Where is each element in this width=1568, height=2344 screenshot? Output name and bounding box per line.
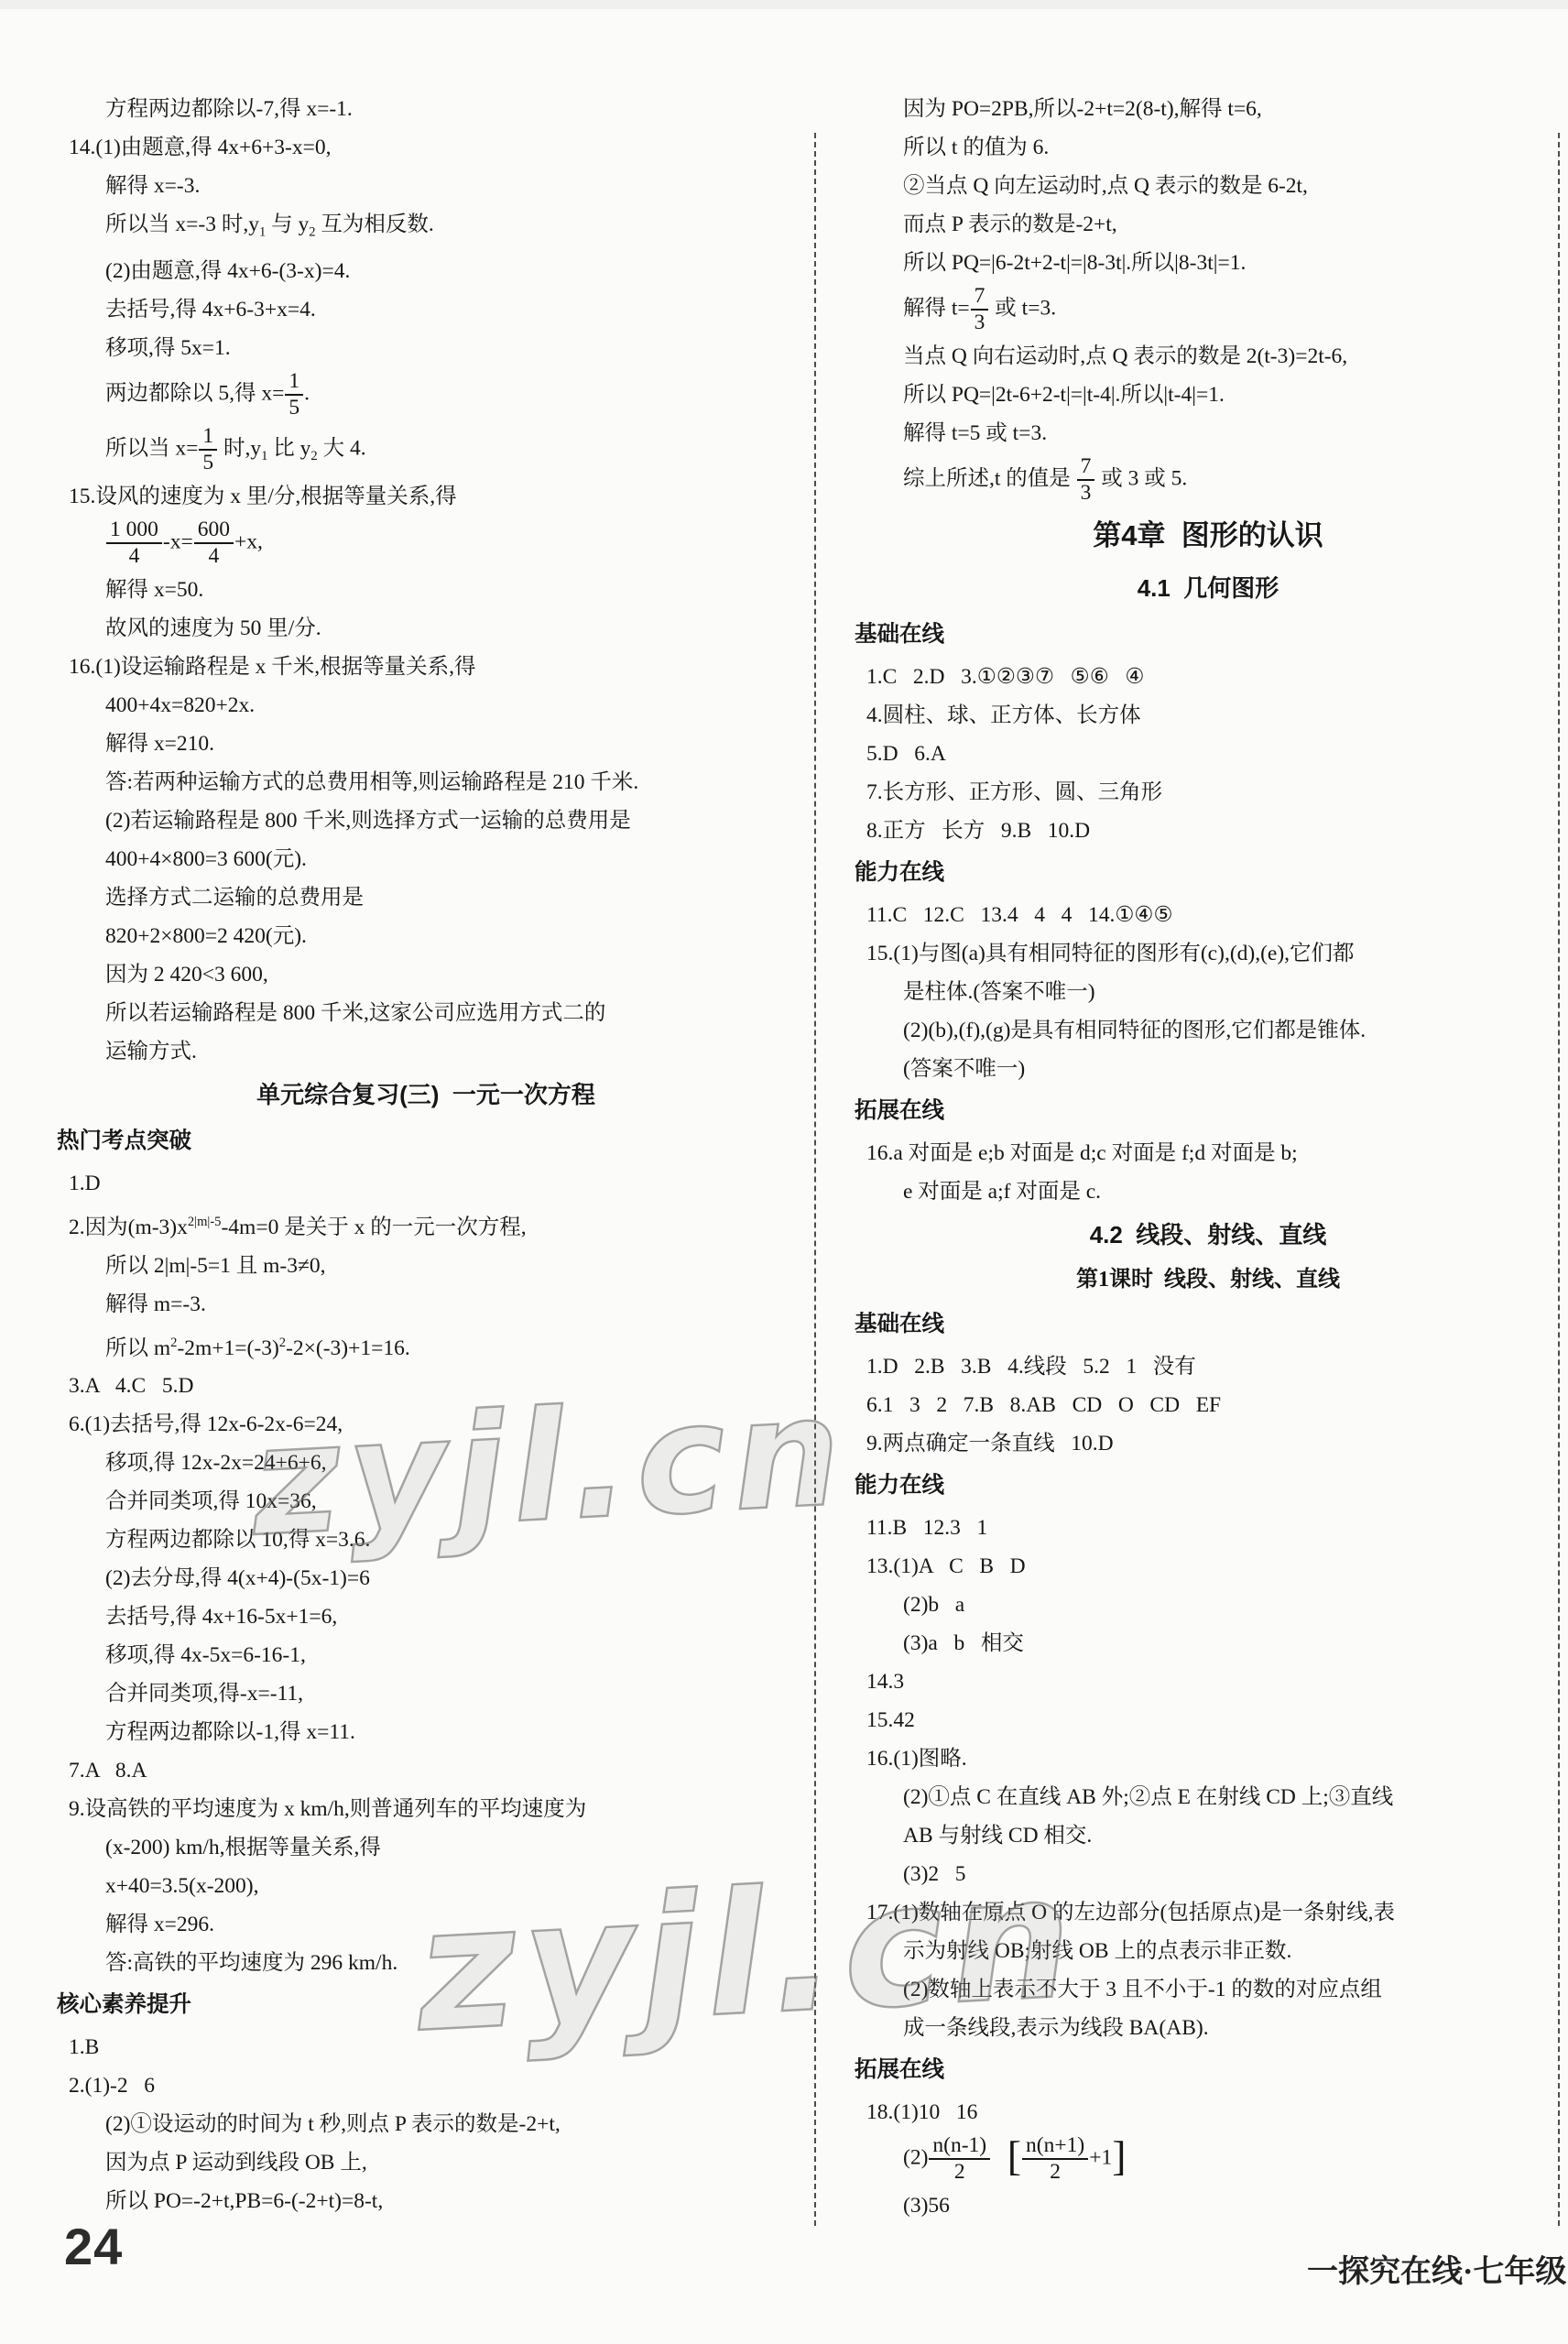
- answer-line: 解得 x=296.: [57, 1905, 795, 1944]
- answer-line: 两边都除以 5,得 x=15.: [57, 367, 795, 422]
- answer-line: 去括号,得 4x+6-3+x=4.: [57, 290, 795, 329]
- answer-line: 13.(1)A C B D: [855, 1547, 1562, 1586]
- answer-line: 所以 PO=-2+t,PB=6-(-2+t)=8-t,: [57, 2182, 795, 2220]
- fraction: n(n-1)2: [928, 2131, 991, 2186]
- fraction: 6004: [193, 516, 234, 571]
- answer-line: 15.设风的速度为 x 里/分,根据等量关系,得: [57, 477, 795, 516]
- answer-line: 是柱体.(答案不唯一): [855, 973, 1562, 1011]
- answer-line: 8.正方 长方 9.B 10.D: [855, 812, 1562, 850]
- superscript: 2: [279, 1336, 286, 1350]
- answer-line: 示为射线 OB;射线 OB 上的点表示非正数.: [855, 1932, 1562, 1970]
- answer-line: (2)数轴上表示不大于 3 且不小于-1 的数的对应点组: [855, 1970, 1562, 2009]
- answer-line: 1.D: [57, 1164, 795, 1203]
- subscript: 1: [261, 449, 267, 463]
- answer-line: 6.1 3 2 7.B 8.AB CD O CD EF: [855, 1386, 1562, 1424]
- answer-line: 400+4×800=3 600(元).: [57, 840, 795, 878]
- category-header: 拓展在线: [855, 2047, 1562, 2093]
- footer-edition: 一探究在线·七年级: [1307, 2246, 1566, 2291]
- answer-line: 9.两点确定一条直线 10.D: [855, 1424, 1562, 1463]
- category-header: 核心素养提升: [57, 1982, 795, 2028]
- answer-line: 2.因为(m-3)x2|m|-5-4m=0 是关于 x 的一元一次方程,: [57, 1203, 795, 1247]
- answer-line: 16.(1)设运输路程是 x 千米,根据等量关系,得: [57, 648, 795, 686]
- answer-line: 5.D 6.A: [855, 735, 1562, 773]
- big-bracket: ]: [1112, 2132, 1126, 2179]
- answer-line: (2)由题意,得 4x+6-(3-x)=4.: [57, 252, 795, 290]
- answer-line: 11.B 12.3 1: [855, 1509, 1562, 1547]
- answer-line: 14.3: [855, 1663, 1562, 1701]
- answer-line: 7.A 8.A: [57, 1751, 795, 1790]
- answer-line: (2)(b),(f),(g)是具有相同特征的图形,它们都是锥体.: [855, 1011, 1562, 1050]
- fraction: 73: [970, 282, 990, 337]
- fraction: 15: [198, 422, 218, 477]
- answer-line: 方程两边都除以 10,得 x=3.6.: [57, 1521, 795, 1559]
- answer-line: 当点 Q 向右运动时,点 Q 表示的数是 2(t-3)=2t-6,: [855, 337, 1562, 376]
- answer-line: 因为 2 420<3 600,: [57, 955, 795, 994]
- answer-line: 1 0004-x=6004+x,: [57, 516, 795, 571]
- answer-line: (答案不唯一): [855, 1050, 1562, 1088]
- superscript: 2|m|-5: [188, 1215, 222, 1229]
- fraction: 73: [1076, 452, 1096, 507]
- answer-line: 解得 x=50.: [57, 571, 795, 609]
- section-heading: 4.1 几何图形: [855, 564, 1562, 612]
- answer-line: 所以 t 的值为 6.: [855, 128, 1562, 167]
- fraction: 1 0004: [105, 516, 163, 571]
- page-right-edge: [1558, 133, 1560, 2226]
- answer-line: 所以若运输路程是 800 千米,这家公司应选用方式二的: [57, 994, 795, 1032]
- answer-line: AB 与射线 CD 相交.: [855, 1816, 1562, 1855]
- category-header: 拓展在线: [855, 1088, 1562, 1134]
- answer-line: 所以 PQ=|2t-6+2-t|=|t-4|.所以|t-4|=1.: [855, 376, 1562, 414]
- answer-line: 综上所述,t 的值是 73 或 3 或 5.: [855, 452, 1562, 507]
- answer-line: 解得 x=-3.: [57, 167, 795, 205]
- answer-line: 1.D 2.B 3.B 4.线段 5.2 1 没有: [855, 1347, 1562, 1386]
- answer-line: 所以当 x=15 时,y1 比 y2 大 4.: [57, 422, 795, 477]
- answer-line: 6.(1)去括号,得 12x-6-2x-6=24,: [57, 1405, 795, 1444]
- column-divider: [814, 133, 816, 2226]
- big-bracket: [: [1007, 2132, 1021, 2179]
- answer-line: (2)b a: [855, 1586, 1562, 1624]
- answer-line: 16.a 对面是 e;b 对面是 d;c 对面是 f;d 对面是 b;: [855, 1134, 1562, 1172]
- fraction: 15: [284, 367, 304, 422]
- answer-line: (2)去分母,得 4(x+4)-(5x-1)=6: [57, 1559, 795, 1597]
- answer-line: 答:若两种运输方式的总费用相等,则运输路程是 210 千米.: [57, 763, 795, 801]
- answer-line: 17.(1)数轴在原点 O 的左边部分(包括原点)是一条射线,表: [855, 1893, 1562, 1932]
- answer-line: 15.(1)与图(a)具有相同特征的图形有(c),(d),(e),它们都: [855, 934, 1562, 973]
- answer-line: (2)n(n-1)2 [n(n+1)2+1]: [855, 2131, 1562, 2186]
- category-header: 基础在线: [855, 1302, 1562, 1347]
- answer-line: 因为点 P 运动到线段 OB 上,: [57, 2143, 795, 2182]
- answer-line: 成一条线段,表示为线段 BA(AB).: [855, 2009, 1562, 2047]
- answer-line: 16.(1)图略.: [855, 1739, 1562, 1778]
- answer-line: 故风的速度为 50 里/分.: [57, 609, 795, 648]
- fraction: n(n+1)2: [1021, 2131, 1089, 2186]
- page-top-edge: [0, 0, 1568, 9]
- answer-line: 15.42: [855, 1701, 1562, 1739]
- answer-line: 4.圆柱、球、正方体、长方体: [855, 696, 1562, 735]
- answer-line: 11.C 12.C 13.4 4 4 14.①④⑤: [855, 896, 1562, 934]
- answer-line: 解得 m=-3.: [57, 1285, 795, 1324]
- answer-line: (2)①设运动的时间为 t 秒,则点 P 表示的数是-2+t,: [57, 2105, 795, 2143]
- answer-line: (x-200) km/h,根据等量关系,得: [57, 1828, 795, 1867]
- answer-line: x+40=3.5(x-200),: [57, 1867, 795, 1905]
- answer-line: e 对面是 a;f 对面是 c.: [855, 1172, 1562, 1211]
- answer-line: (3)56: [855, 2186, 1562, 2225]
- answer-line: 9.设高铁的平均速度为 x km/h,则普通列车的平均速度为: [57, 1790, 795, 1828]
- left-column: 方程两边都除以-7,得 x=-1.14.(1)由题意,得 4x+6+3-x=0,…: [57, 90, 795, 2220]
- answer-line: (3)a b 相交: [855, 1624, 1562, 1663]
- subscript: 2: [310, 449, 317, 463]
- answer-line: 因为 PO=2PB,所以-2+t=2(8-t),解得 t=6,: [855, 90, 1562, 128]
- answer-line: 2.(1)-2 6: [57, 2066, 795, 2105]
- lesson-heading: 第1课时 线段、射线、直线: [855, 1259, 1562, 1302]
- answer-line: 而点 P 表示的数是-2+t,: [855, 205, 1562, 244]
- superscript: 2: [170, 1336, 177, 1350]
- answer-line: (2)若运输路程是 800 千米,则选择方式一运输的总费用是: [57, 801, 795, 840]
- answer-line: 400+4x=820+2x.: [57, 686, 795, 725]
- answer-line: 合并同类项,得 10x=36,: [57, 1482, 795, 1521]
- answer-line: 18.(1)10 16: [855, 2093, 1562, 2131]
- answer-line: 合并同类项,得-x=-11,: [57, 1674, 795, 1713]
- answer-line: 运输方式.: [57, 1032, 795, 1071]
- answer-line: 方程两边都除以-7,得 x=-1.: [57, 90, 795, 128]
- page-number: 24: [64, 2217, 123, 2276]
- answer-line: 解得 t=5 或 t=3.: [855, 414, 1562, 452]
- category-header: 能力在线: [855, 850, 1562, 896]
- chapter-heading: 第4章 图形的认识: [855, 507, 1562, 564]
- category-header: 热门考点突破: [57, 1118, 795, 1164]
- answer-line: 所以 PQ=|6-2t+2-t|=|8-3t|.所以|8-3t|=1.: [855, 244, 1562, 282]
- answer-line: 移项,得 5x=1.: [57, 329, 795, 367]
- answer-line: 方程两边都除以-1,得 x=11.: [57, 1713, 795, 1751]
- answer-line: 所以当 x=-3 时,y1 与 y2 互为相反数.: [57, 205, 795, 252]
- answer-line: 3.A 4.C 5.D: [57, 1367, 795, 1405]
- answer-line: (2)①点 C 在直线 AB 外;②点 E 在射线 CD 上;③直线: [855, 1778, 1562, 1816]
- answer-line: 解得 x=210.: [57, 725, 795, 763]
- section-heading: 4.2 线段、射线、直线: [855, 1211, 1562, 1259]
- answer-line: 所以 m2-2m+1=(-3)2-2×(-3)+1=16.: [57, 1324, 795, 1368]
- category-header: 能力在线: [855, 1463, 1562, 1509]
- subscript: 1: [259, 225, 266, 240]
- section-heading: 单元综合复习(三) 一元一次方程: [57, 1071, 795, 1118]
- answer-line: 1.C 2.D 3.①②③⑦ ⑤⑥ ④: [855, 658, 1562, 696]
- answer-line: 解得 t=73 或 t=3.: [855, 282, 1562, 337]
- answer-line: 14.(1)由题意,得 4x+6+3-x=0,: [57, 128, 795, 167]
- answer-line: (3)2 5: [855, 1855, 1562, 1893]
- subscript: 2: [309, 225, 315, 240]
- category-header: 基础在线: [855, 612, 1562, 658]
- answer-line: 所以 2|m|-5=1 且 m-3≠0,: [57, 1247, 795, 1285]
- answer-line: 移项,得 4x-5x=6-16-1,: [57, 1636, 795, 1674]
- right-column: 因为 PO=2PB,所以-2+t=2(8-t),解得 t=6,所以 t 的值为 …: [855, 90, 1562, 2225]
- answer-line: 去括号,得 4x+16-5x+1=6,: [57, 1597, 795, 1636]
- answer-line: ②当点 Q 向左运动时,点 Q 表示的数是 6-2t,: [855, 167, 1562, 205]
- answer-line: 选择方式二运输的总费用是: [57, 878, 795, 917]
- answer-line: 7.长方形、正方形、圆、三角形: [855, 773, 1562, 812]
- answer-line: 820+2×800=2 420(元).: [57, 917, 795, 955]
- answer-line: 1.B: [57, 2028, 795, 2066]
- answer-line: 答:高铁的平均速度为 296 km/h.: [57, 1944, 795, 1982]
- answer-line: 移项,得 12x-2x=24+6+6,: [57, 1444, 795, 1482]
